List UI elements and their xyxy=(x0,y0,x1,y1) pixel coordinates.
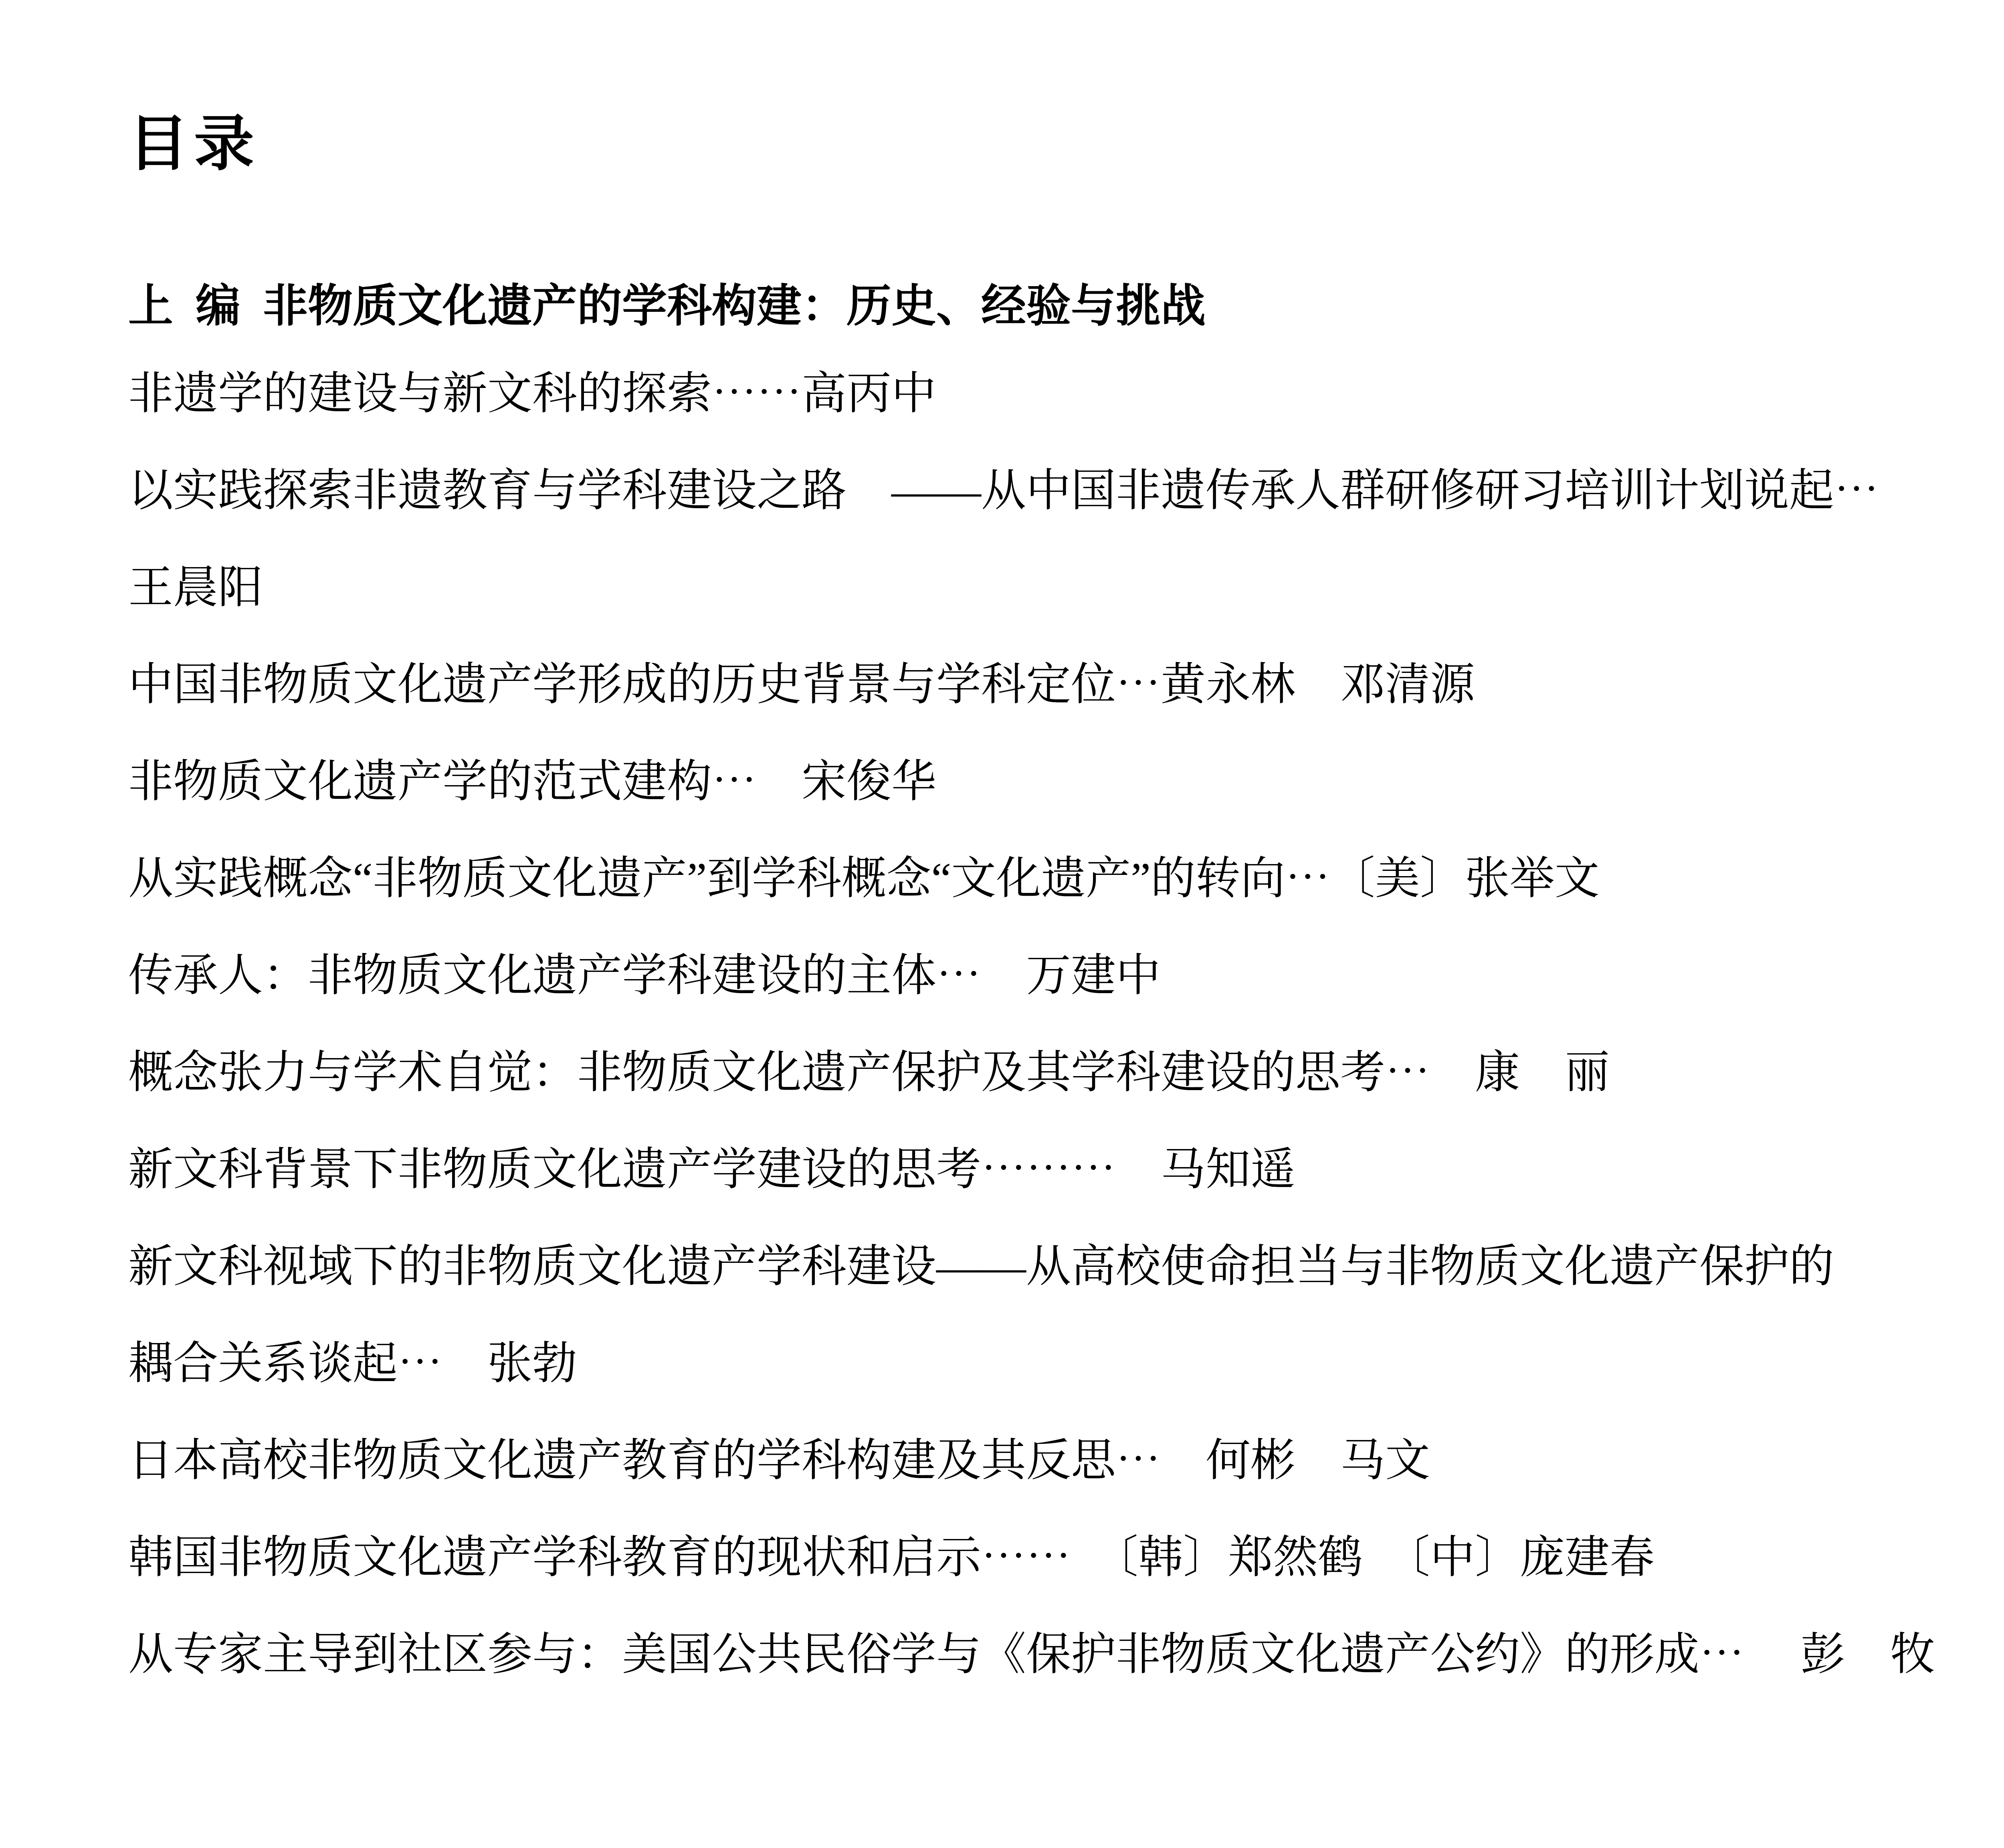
toc-line: 日本高校非物质文化遗产教育的学科构建及其反思⋯ 何彬 马文 xyxy=(128,1412,2004,1509)
toc-line: 耦合关系谈起⋯ 张勃 xyxy=(128,1315,2004,1412)
toc-line: 概念张力与学术自觉：非物质文化遗产保护及其学科建设的思考⋯ 康 丽 xyxy=(128,1024,2004,1121)
toc-line: 传承人：非物质文化遗产学科建设的主体⋯ 万建中 xyxy=(128,927,2004,1024)
toc-line: 非物质文化遗产学的范式建构⋯ 宋俊华 xyxy=(128,733,2004,830)
toc-line: 中国非物质文化遗产学形成的历史背景与学科定位⋯黄永林 邓清源 xyxy=(128,636,2004,733)
page-title: 目录 xyxy=(128,108,260,180)
toc-line: 从实践概念“非物质文化遗产”到学科概念“文化遗产”的转向⋯〔美〕张举文 xyxy=(128,830,2004,927)
section-heading: 上 编 非物质文化遗产的学科构建：历史、经验与挑战 xyxy=(128,279,1206,335)
toc-line: 新文科视域下的非物质文化遗产学科建设——从高校使命担当与非物质文化遗产保护的 xyxy=(128,1218,2004,1315)
toc-line: 新文科背景下非物质文化遗产学建设的思考⋯⋯⋯ 马知遥 xyxy=(128,1121,2004,1218)
toc-line: 王晨阳 xyxy=(128,539,2004,636)
toc-list: 非遗学的建设与新文科的探索⋯⋯高丙中 以实践探索非遗教育与学科建设之路 ——从中… xyxy=(128,345,2004,1703)
toc-line: 以实践探索非遗教育与学科建设之路 ——从中国非遗传承人群研修研习培训计划说起⋯ xyxy=(128,442,2004,539)
toc-page: 目录 上 编 非物质文化遗产的学科构建：历史、经验与挑战 非遗学的建设与新文科的… xyxy=(0,0,2004,1848)
toc-line: 非遗学的建设与新文科的探索⋯⋯高丙中 xyxy=(128,345,2004,442)
toc-line: 从专家主导到社区参与：美国公共民俗学与《保护非物质文化遗产公约》的形成⋯ 彭 牧 xyxy=(128,1606,2004,1703)
toc-line: 韩国非物质文化遗产学科教育的现状和启示⋯⋯ 〔韩〕郑然鹤 〔中〕庞建春 xyxy=(128,1509,2004,1606)
